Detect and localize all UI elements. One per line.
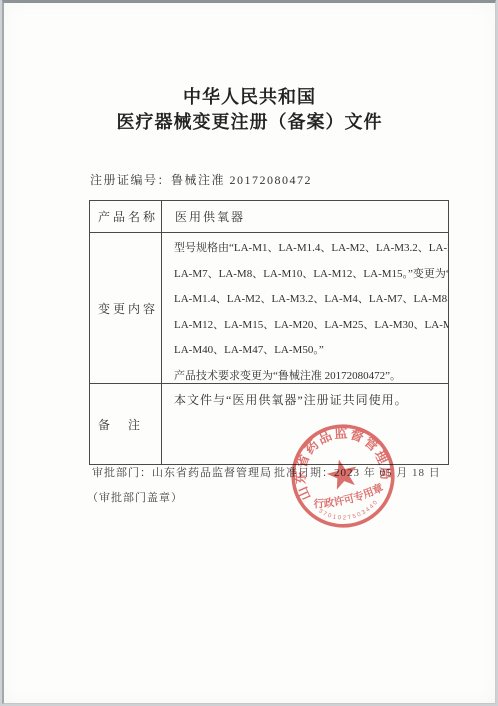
document-page: 中华人民共和国 医疗器械变更注册（备案）文件 注册证编号：鲁械注准 201720… <box>2 0 496 704</box>
svg-text:3701027503440: 3701027503440 <box>316 494 382 528</box>
document-title-line1: 中华人民共和国 <box>4 83 495 109</box>
registration-number-label: 注册证编号： <box>90 173 171 187</box>
approval-dept-label: 审批部门： <box>92 467 152 479</box>
registration-number-value: 鲁械注准 20172080472 <box>171 173 312 187</box>
table-row-remarks: 备 注 本文件与“医用供氧器”注册证共同使用。 <box>90 384 448 464</box>
change-content-line: LA-M12、LA-M15、LA-M20、LA-M25、LA-M30、LA-M3… <box>174 313 446 339</box>
table-row-product-name: 产品名称 医用供氧器 <box>90 201 448 233</box>
change-content-line: LA-M1.4、LA-M2、LA-M3.2、LA-M4、LA-M7、LA-M8、… <box>174 287 446 313</box>
stamp-title-text: 行政许可专用章 <box>311 480 387 514</box>
table-row-change-content: 变更内容 型号规格由“LA-M1、LA-M1.4、LA-M2、LA-M3.2、L… <box>90 233 448 384</box>
approval-seal-note: （审批部门盖章） <box>87 489 183 505</box>
change-content-line: LA-M7、LA-M8、LA-M10、LA-M12、LA-M15。”变更为“LA… <box>174 262 446 288</box>
cell-product-name: 医用供氧器 <box>162 201 448 232</box>
row-label-change-content: 变更内容 <box>90 233 162 383</box>
change-content-line: LA-M40、LA-M47、LA-M50。” <box>174 338 446 364</box>
change-content-line: 产品技术要求变更为“鲁械注准 20172080472”。 <box>174 364 446 384</box>
cell-remarks: 本文件与“医用供氧器”注册证共同使用。 <box>162 384 448 464</box>
row-label-remarks: 备 注 <box>90 384 162 464</box>
cell-change-content: 型号规格由“LA-M1、LA-M1.4、LA-M2、LA-M3.2、LA-M4、… <box>162 233 448 383</box>
change-table: 产品名称 医用供氧器 变更内容 型号规格由“LA-M1、LA-M1.4、LA-M… <box>89 200 449 465</box>
approval-dept-value: 山东省药品监督管理局 <box>152 467 272 479</box>
change-content-line: 型号规格由“LA-M1、LA-M1.4、LA-M2、LA-M3.2、LA-M4、 <box>174 236 446 262</box>
approval-date-label: 批准日期： <box>274 467 334 479</box>
row-label-product-name: 产品名称 <box>90 201 162 232</box>
approval-date-line: 批准日期：2023 年 05 月 18 日 <box>274 464 441 480</box>
approval-dept-line: 审批部门：山东省药品监督管理局 <box>92 464 272 480</box>
document-title-line2: 医疗器械变更注册（备案）文件 <box>4 108 495 134</box>
registration-number-line: 注册证编号：鲁械注准 20172080472 <box>90 171 312 188</box>
stamp-serial-text: 3701027503440 <box>316 494 382 528</box>
approval-date-value: 2023 年 05 月 18 日 <box>334 467 441 479</box>
svg-text:行政许可专用章: 行政许可专用章 <box>311 480 387 514</box>
